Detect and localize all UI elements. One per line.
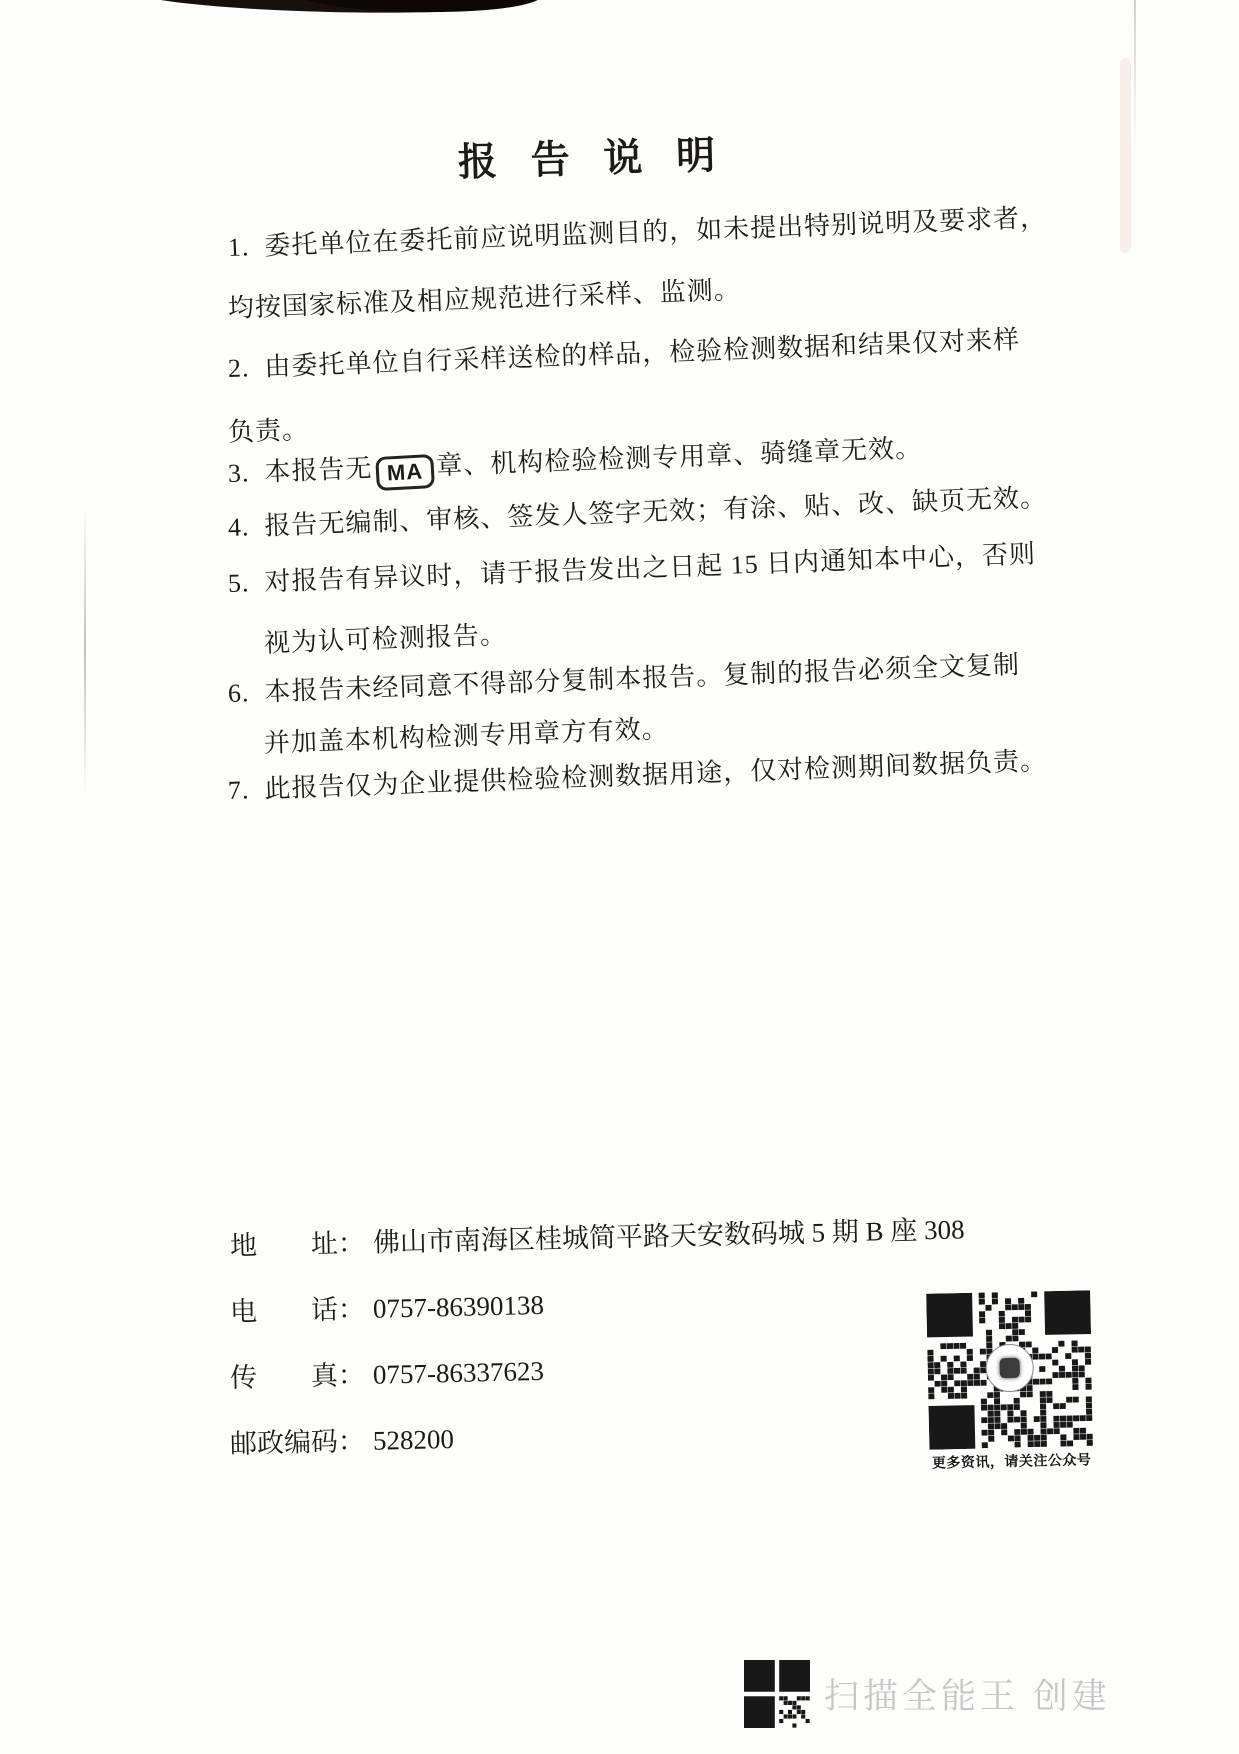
fax-value: 0757-86337623 <box>373 1356 545 1390</box>
note-3-prefix: 3. 本报告无 <box>227 454 372 488</box>
fax-label: 传 真： <box>230 1360 366 1393</box>
note-line-5: 5. 对报告有异议时，请于报告发出之日起 15 日内通知本中心，否则 <box>227 536 1038 602</box>
scanned-report-page: 报 告 说 明 1. 委托单位在委托前应说明监测目的，如未提出特别说明及要求者，… <box>0 0 1239 1754</box>
note-line-1: 1. 委托单位在委托前应说明监测目的，如未提出特别说明及要求者， <box>227 200 1038 266</box>
note-line-1b: 均按国家标准及相应规范进行采样、监测。 <box>227 261 1038 327</box>
postcode-label: 邮政编码： <box>230 1426 366 1459</box>
phone-value: 0757-86390138 <box>373 1290 545 1324</box>
report-notes: 1. 委托单位在委托前应说明监测目的，如未提出特别说明及要求者， 均按国家标准及… <box>228 230 1038 809</box>
note-line-4: 4. 报告无编制、审核、签发人签字无效；有涂、贴、改、缺页无效。 <box>227 480 1038 546</box>
page-title: 报 告 说 明 <box>0 110 1239 201</box>
qrcode-logo-seal-icon <box>1000 1358 1020 1378</box>
camscanner-watermark-text: 扫描全能王 创建 <box>824 1669 1111 1719</box>
postcode-value: 528200 <box>373 1424 455 1456</box>
contact-row-postcode: 邮政编码：528200 <box>230 1407 965 1464</box>
camscanner-qrcode-icon <box>744 1660 810 1728</box>
contact-row-phone: 电 话：0757-86390138 <box>230 1275 965 1332</box>
qrcode-caption: 更多资讯，请关注公众号 <box>929 1449 1093 1472</box>
ma-certification-mark: MA <box>375 454 435 491</box>
paper-crease-line <box>84 505 86 795</box>
camscanner-watermark: 扫描全能王 创建 <box>744 1660 1111 1728</box>
address-label: 地 址： <box>230 1228 366 1261</box>
phone-label: 电 话： <box>230 1294 366 1327</box>
note-line-2: 2. 由委托单位自行采样送检的样品，检验检测数据和结果仅对来样 <box>227 321 1038 387</box>
address-value: 佛山市南海区桂城简平路天安数码城 5 期 B 座 308 <box>373 1214 965 1257</box>
contact-section: 地 址：佛山市南海区桂城简平路天安数码城 5 期 B 座 308 电 话：075… <box>230 1226 965 1464</box>
contact-row-address: 地 址：佛山市南海区桂城简平路天安数码城 5 期 B 座 308 <box>230 1209 965 1266</box>
official-account-qr-block: 更多资讯，请关注公众号 <box>926 1290 1094 1472</box>
contact-row-fax: 传 真：0757-86337623 <box>230 1341 965 1398</box>
